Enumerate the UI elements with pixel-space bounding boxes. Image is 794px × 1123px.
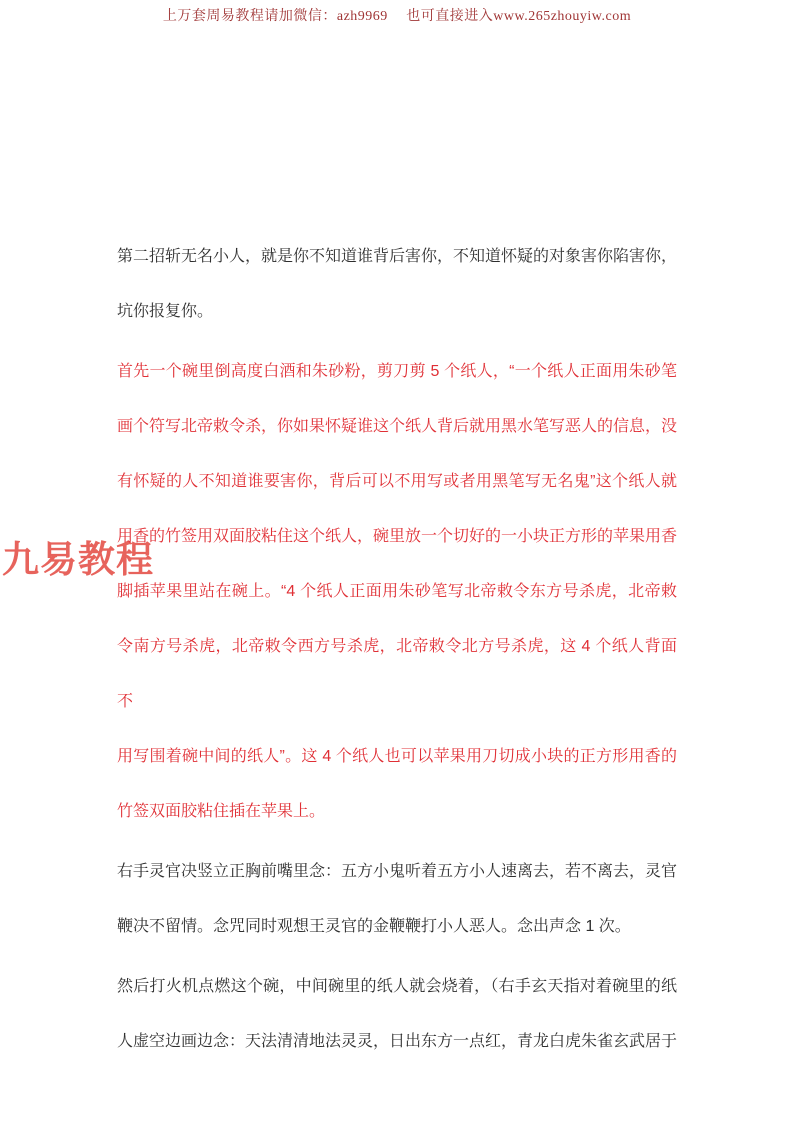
text-line: 有怀疑的人不知道谁要害你，背后可以不用写或者用黑笔写无名鬼”这个纸人就 <box>117 454 677 509</box>
text-line: 鞭决不留情。念咒同时观想王灵官的金鞭鞭打小人恶人。念出声念 1 次。 <box>117 899 677 954</box>
text-line: 竹签双面胶粘住插在苹果上。 <box>117 784 677 839</box>
text-line: 右手灵官决竖立正胸前嘴里念：五方小鬼听着五方小人速离去，若不离去，灵官 <box>117 844 677 899</box>
text-line: 脚插苹果里站在碗上。“4 个纸人正面用朱砂笔写北帝敕令东方号杀虎，北帝敕 <box>117 564 677 619</box>
text-line: 第二招斩无名小人，就是你不知道谁背后害你，不知道怀疑的对象害你陷害你， <box>117 229 677 284</box>
paragraph: 首先一个碗里倒高度白酒和朱砂粉，剪刀剪 5 个纸人，“一个纸人正面用朱砂笔画个符… <box>117 344 677 839</box>
text-line: 然后打火机点燃这个碗，中间碗里的纸人就会烧着，（右手玄天指对着碗里的纸 <box>117 959 677 1014</box>
text-line: 令南方号杀虎，北帝敕令西方号杀虎，北帝敕令北方号杀虎，这 4 个纸人背面不 <box>117 619 677 729</box>
text-line: 画个符写北帝敕令杀，你如果怀疑谁这个纸人背后就用黑水笔写恶人的信息，没 <box>117 399 677 454</box>
text-line: 坑你报复你。 <box>117 284 677 339</box>
paragraph: 然后打火机点燃这个碗，中间碗里的纸人就会烧着，（右手玄天指对着碗里的纸人虚空边画… <box>117 959 677 1069</box>
document-page: 上万套周易教程请加微信：azh9969 也可直接进入www.265zhouyiw… <box>0 0 794 1123</box>
header-promo-text: 上万套周易教程请加微信：azh9969 也可直接进入www.265zhouyiw… <box>0 5 794 25</box>
text-line: 用写围着碗中间的纸人”。这 4 个纸人也可以苹果用刀切成小块的正方形用香的 <box>117 729 677 784</box>
document-body: 第二招斩无名小人，就是你不知道谁背后害你，不知道怀疑的对象害你陷害你，坑你报复你… <box>117 229 677 1074</box>
paragraph: 右手灵官决竖立正胸前嘴里念：五方小鬼听着五方小人速离去，若不离去，灵官鞭决不留情… <box>117 844 677 954</box>
text-line: 用香的竹签用双面胶粘住这个纸人，碗里放一个切好的一小块正方形的苹果用香 <box>117 509 677 564</box>
text-line: 人虚空边画边念：天法清清地法灵灵，日出东方一点红，青龙白虎朱雀玄武居于 <box>117 1014 677 1069</box>
paragraph: 第二招斩无名小人，就是你不知道谁背后害你，不知道怀疑的对象害你陷害你，坑你报复你… <box>117 229 677 339</box>
text-line: 首先一个碗里倒高度白酒和朱砂粉，剪刀剪 5 个纸人，“一个纸人正面用朱砂笔 <box>117 344 677 399</box>
